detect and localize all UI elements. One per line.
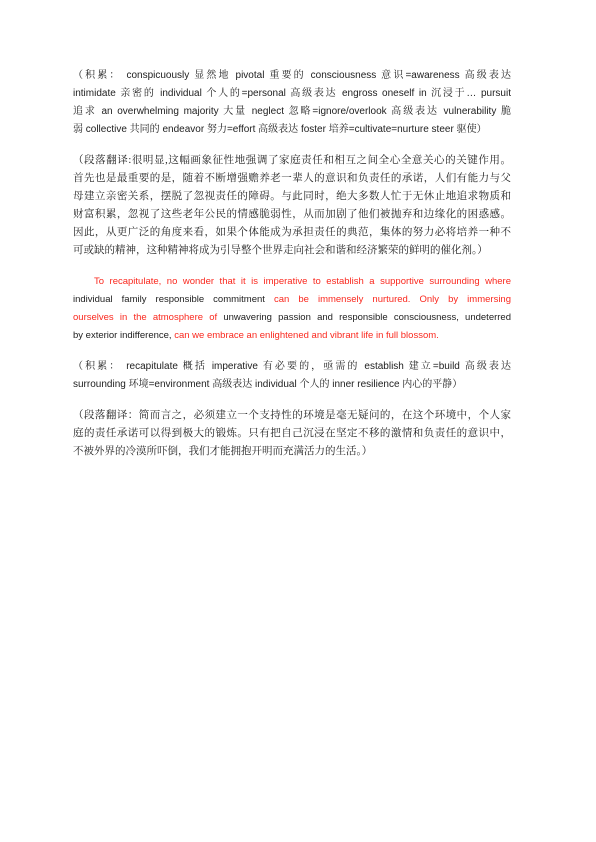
text-segment: 弱 collective 共同的 endeavor 努力=effort 高级表达… bbox=[73, 124, 487, 135]
text-line: （积累： conspicuously 显然地 pivotal 重要的 consc… bbox=[73, 67, 511, 85]
text-line: 弱 collective 共同的 endeavor 努力=effort 高级表达… bbox=[73, 121, 511, 139]
text-line: 追求 an overwhelming majority 大量 neglect 忽… bbox=[73, 103, 511, 121]
paragraph-english-summary: To recapitulate, no wonder that it is im… bbox=[73, 273, 511, 345]
text-segment: 母建立亲密关系，摆脱了忽视责任的障碍。与此同时，绝大多数人忙于无休止地追求物质和 bbox=[73, 191, 511, 202]
text-segment: 首先也是最重要的是，随着不断增强赡养老一辈人的意识和负责任的承诺，人们有能力与父 bbox=[73, 173, 511, 184]
text-segment: by exterior indifference, bbox=[73, 330, 174, 341]
text-segment: can we embrace an enlightened and vibran… bbox=[174, 330, 439, 341]
text-line: 因此，从更广泛的角度来看，如果个体能成为承担责任的典范，集体的努力必将培养一种不 bbox=[73, 224, 511, 242]
text-segment: 追求 an overwhelming majority 大量 neglect 忽… bbox=[73, 106, 511, 117]
text-line: individual family responsible commitment… bbox=[73, 291, 511, 309]
paragraph-translation-1: （段落翻译:很明显,这幅画象征性地强调了家庭责任和相互之间全心全意关心的关键作用… bbox=[73, 152, 511, 260]
paragraph-vocab-1: （积累： conspicuously 显然地 pivotal 重要的 consc… bbox=[73, 67, 511, 139]
text-segment: unwavering passion and responsible consc… bbox=[223, 312, 511, 323]
text-segment: surrounding 环境=environment 高级表达 individu… bbox=[73, 379, 462, 390]
text-segment: （积累： conspicuously 显然地 pivotal 重要的 consc… bbox=[73, 70, 511, 81]
text-line: （段落翻译:很明显,这幅画象征性地强调了家庭责任和相互之间全心全意关心的关键作用… bbox=[73, 152, 511, 170]
text-line: by exterior indifference, can we embrace… bbox=[73, 327, 511, 345]
text-line: 财富积累，忽视了这些老年公民的情感脆弱性，从而加剧了他们被抛弃和边缘化的困惑感。 bbox=[73, 206, 511, 224]
text-line: （积累： recapitulate 概括 imperative 有必要的，亟需的… bbox=[73, 358, 511, 376]
text-segment: （段落翻译：简而言之，必须建立一个支持性的环境是毫无疑问的，在这个环境中，个人家 bbox=[73, 410, 511, 421]
text-line: surrounding 环境=environment 高级表达 individu… bbox=[73, 376, 511, 394]
text-line: intimidate 亲密的 individual 个人的=personal 高… bbox=[73, 85, 511, 103]
text-segment: ourselves in the atmosphere of bbox=[73, 312, 223, 323]
text-segment: （段落翻译:很明显,这幅画象征性地强调了家庭责任和相互之间全心全意关心的关键作用… bbox=[73, 155, 511, 166]
document-text-block: （积累： conspicuously 显然地 pivotal 重要的 consc… bbox=[73, 67, 511, 474]
text-segment: 庭的责任承诺可以得到极大的锻炼。只有把自己沉浸在坚定不移的激情和负责任的意识中， bbox=[73, 428, 511, 439]
text-line: 庭的责任承诺可以得到极大的锻炼。只有把自己沉浸在坚定不移的激情和负责任的意识中， bbox=[73, 425, 511, 443]
text-segment: can be immensely nurtured. Only by immer… bbox=[274, 294, 511, 305]
text-segment: 不被外界的冷漠所吓倒，我们才能拥抱开明而充满活力的生活。） bbox=[73, 446, 372, 457]
text-line: 母建立亲密关系，摆脱了忽视责任的障碍。与此同时，绝大多数人忙于无休止地追求物质和 bbox=[73, 188, 511, 206]
document-page: （积累： conspicuously 显然地 pivotal 重要的 consc… bbox=[0, 0, 596, 842]
text-segment: intimidate 亲密的 individual 个人的=personal 高… bbox=[73, 88, 511, 99]
text-segment: individual family responsible commitment bbox=[73, 294, 274, 305]
text-segment: 因此，从更广泛的角度来看，如果个体能成为承担责任的典范，集体的努力必将培养一种不 bbox=[73, 227, 511, 238]
text-segment: 财富积累，忽视了这些老年公民的情感脆弱性，从而加剧了他们被抛弃和边缘化的困惑感。 bbox=[73, 209, 511, 220]
text-segment: 可或缺的精神，这种精神将成为引导整个世界走向社会和谐和经济繁荣的鲜明的催化剂。） bbox=[73, 245, 488, 256]
text-line: To recapitulate, no wonder that it is im… bbox=[73, 273, 511, 291]
text-segment: To recapitulate, no wonder that it is im… bbox=[94, 276, 511, 287]
text-line: 可或缺的精神，这种精神将成为引导整个世界走向社会和谐和经济繁荣的鲜明的催化剂。） bbox=[73, 242, 511, 260]
paragraph-translation-2: （段落翻译：简而言之，必须建立一个支持性的环境是毫无疑问的，在这个环境中，个人家… bbox=[73, 407, 511, 461]
text-line: 首先也是最重要的是，随着不断增强赡养老一辈人的意识和负责任的承诺，人们有能力与父 bbox=[73, 170, 511, 188]
text-line: ourselves in the atmosphere of unwaverin… bbox=[73, 309, 511, 327]
text-line: （段落翻译：简而言之，必须建立一个支持性的环境是毫无疑问的，在这个环境中，个人家 bbox=[73, 407, 511, 425]
paragraph-vocab-2: （积累： recapitulate 概括 imperative 有必要的，亟需的… bbox=[73, 358, 511, 394]
text-line: 不被外界的冷漠所吓倒，我们才能拥抱开明而充满活力的生活。） bbox=[73, 443, 511, 461]
text-segment: （积累： recapitulate 概括 imperative 有必要的，亟需的… bbox=[73, 361, 511, 372]
